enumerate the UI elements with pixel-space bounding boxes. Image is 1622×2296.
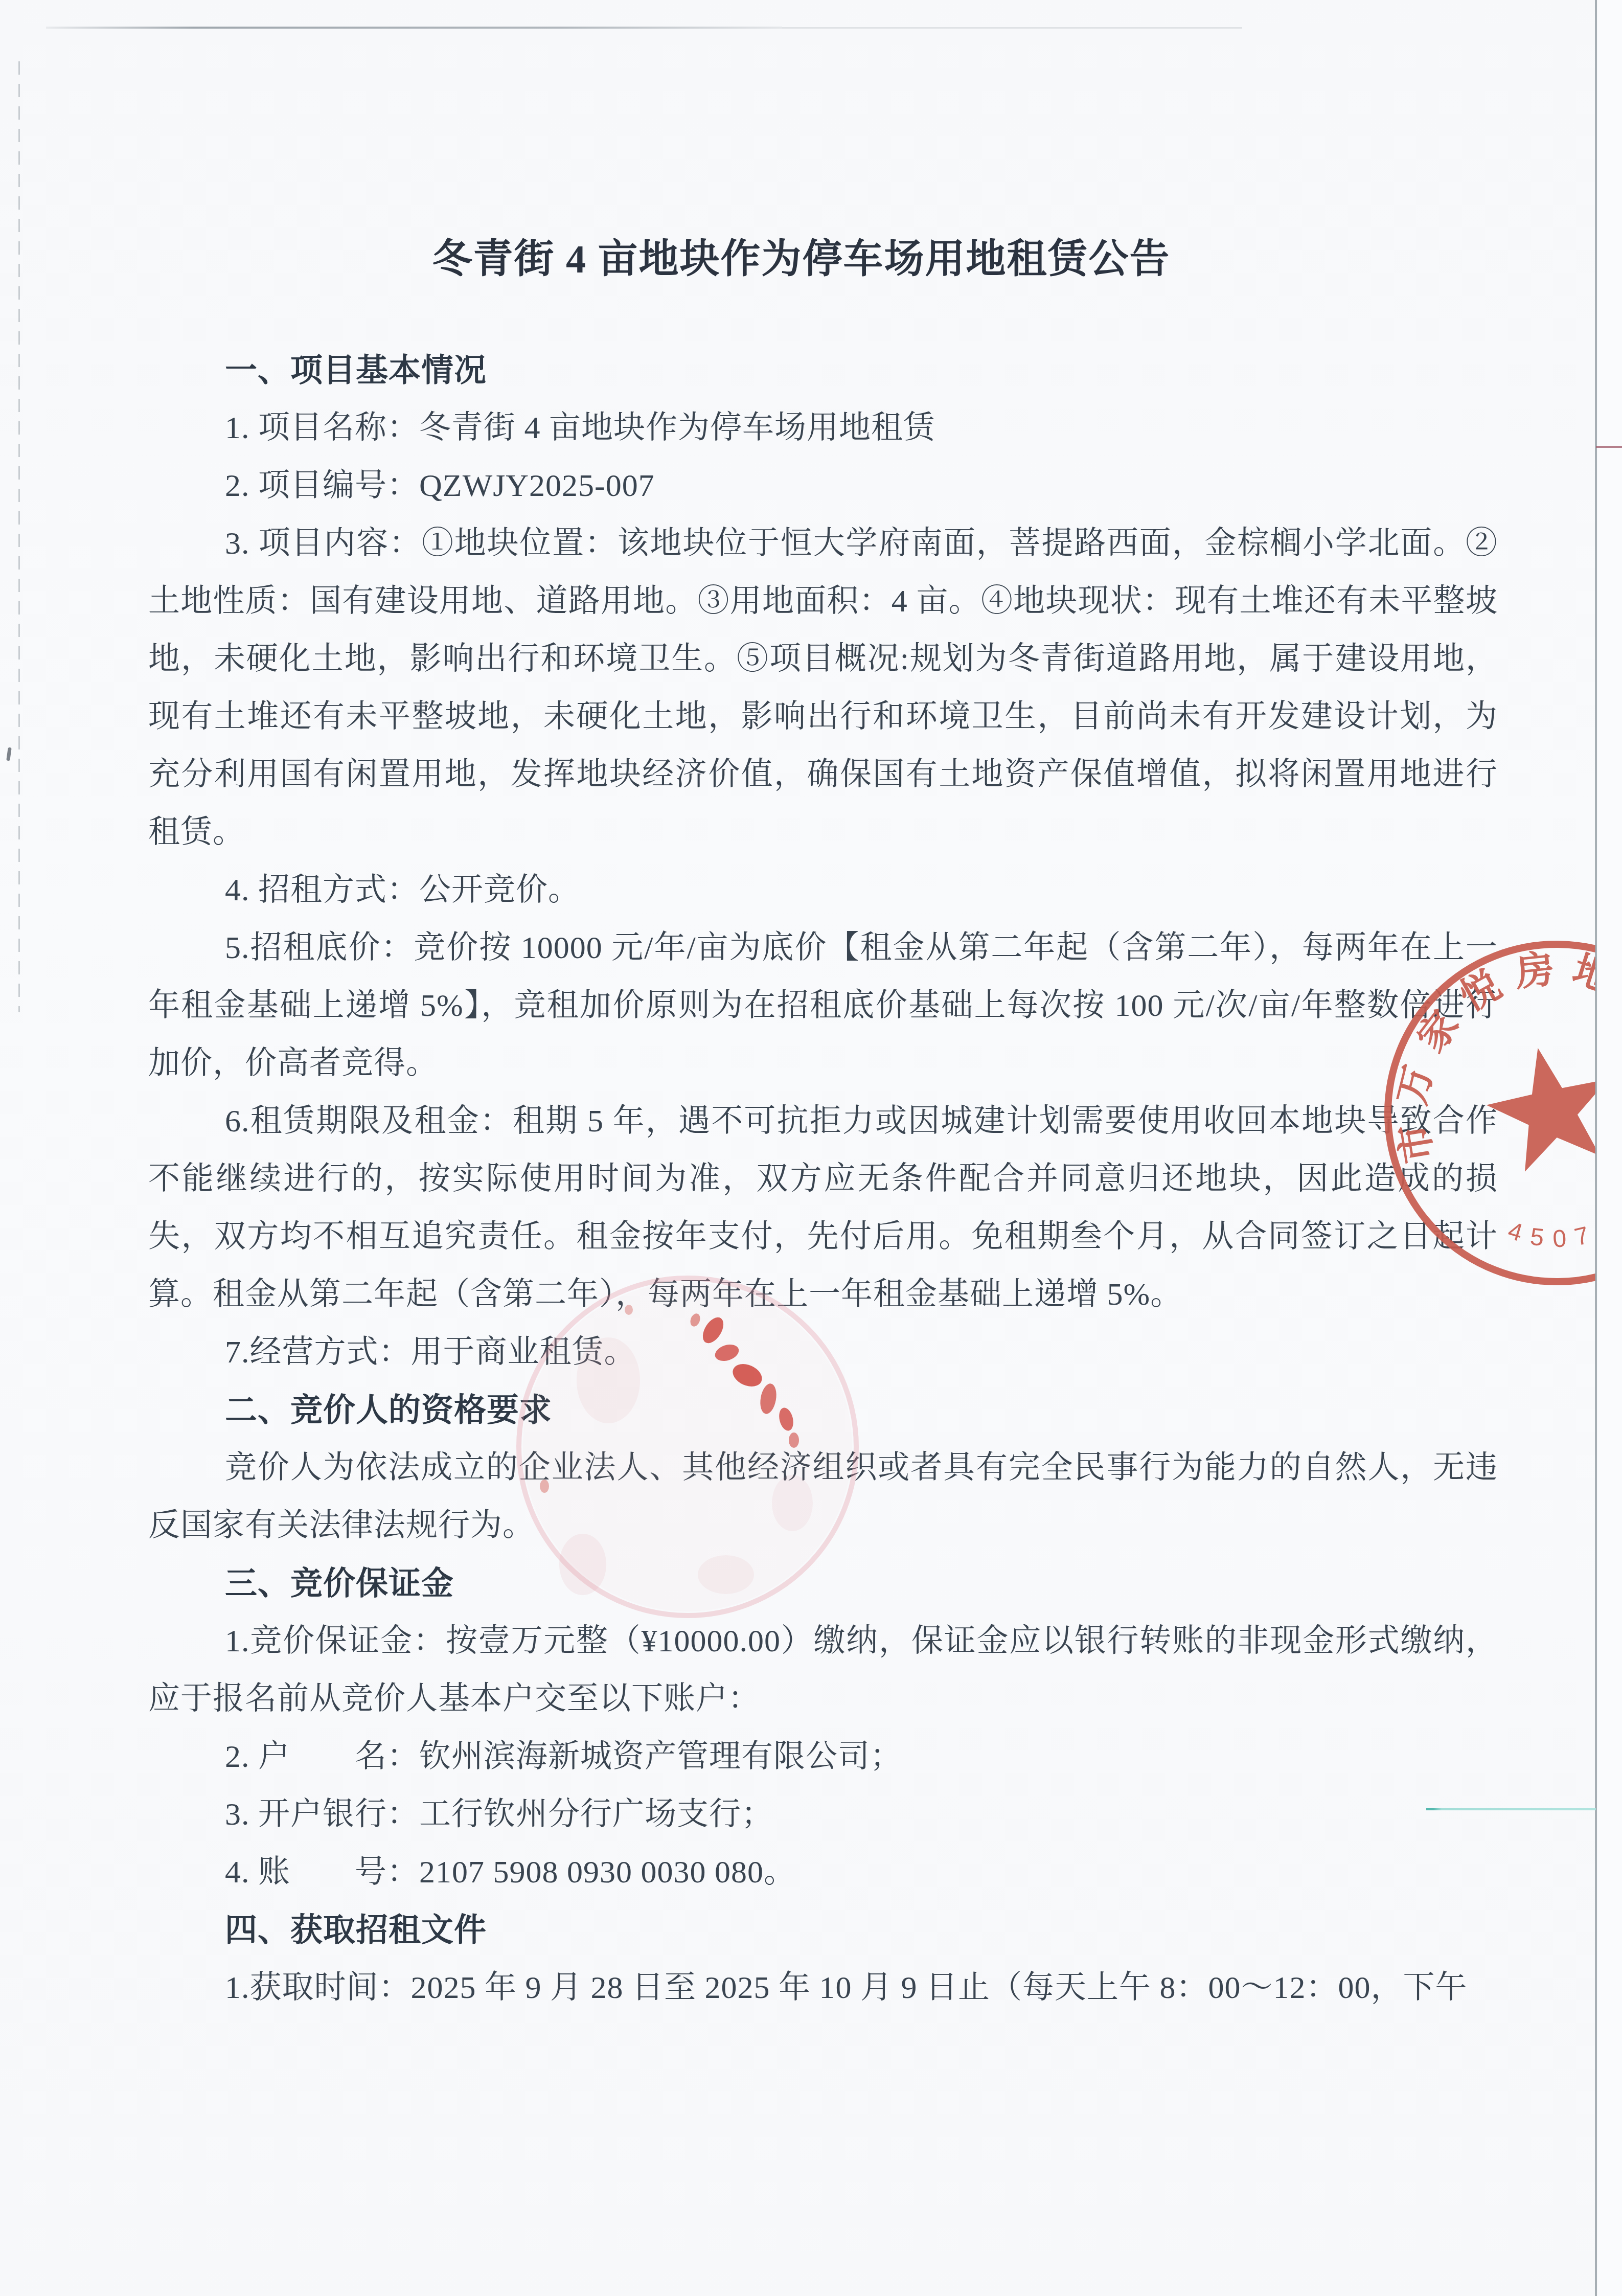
paragraph: 1. 项目名称：冬青街 4 亩地块作为停车场用地租赁 — [148, 399, 1498, 457]
section-heading: 三、竞价保证金 — [148, 1555, 1498, 1612]
section-heading: 二、竞价人的资格要求 — [148, 1381, 1498, 1439]
paragraph: 竞价人为依法成立的企业法人、其他经济组织或者具有完全民事行为能力的自然人，无违反… — [148, 1439, 1498, 1555]
scan-background-strip — [1598, 0, 1622, 2296]
document-body: 冬青街 4 亩地块作为停车场用地租赁公告 一、项目基本情况1. 项目名称：冬青街… — [148, 230, 1498, 2017]
paragraph: 1.竞价保证金：按壹万元整（¥10000.00）缴纳，保证金应以银行转账的非现金… — [148, 1612, 1498, 1728]
section-heading: 一、项目基本情况 — [148, 342, 1498, 399]
paragraph: 6.租赁期限及租金：租期 5 年，遇不可抗拒力或因城建计划需要使用收回本地块导致… — [148, 1093, 1498, 1324]
paragraph: 3. 开户银行：工行钦州分行广场支行； — [148, 1786, 1498, 1844]
top-scan-line — [46, 27, 782, 29]
paragraph: 3. 项目内容：①地块位置：该地块位于恒大学府南面，菩提路西面，金棕榈小学北面。… — [148, 515, 1498, 861]
section-heading: 四、获取招租文件 — [148, 1901, 1498, 1959]
page-title: 冬青街 4 亩地块作为停车场用地租赁公告 — [148, 230, 1498, 288]
left-scan-line — [18, 61, 20, 1012]
paragraph: 2. 户 名：钦州滨海新城资产管理有限公司； — [148, 1728, 1498, 1786]
paragraph: 4. 账 号：2107 5908 0930 0030 080。 — [148, 1844, 1498, 1901]
paragraph: 7.经营方式：用于商业租赁。 — [148, 1324, 1498, 1381]
paragraph: 4. 招租方式：公开竞价。 — [148, 861, 1498, 919]
paragraph: 5.招租底价：竞价按 10000 元/年/亩为底价【租金从第二年起（含第二年），… — [148, 919, 1498, 1093]
paragraph: 2. 项目编号：QZWJY2025-007 — [148, 457, 1498, 515]
scan-edge-line — [1595, 0, 1597, 2296]
top-scan-line-faint — [782, 27, 1242, 29]
document-sections: 一、项目基本情况1. 项目名称：冬青街 4 亩地块作为停车场用地租赁2. 项目编… — [148, 342, 1498, 2017]
paragraph: 1.获取时间：2025 年 9 月 28 日至 2025 年 10 月 9 日止… — [148, 1959, 1498, 2017]
red-scan-tick — [1596, 446, 1622, 448]
teal-scan-mark — [1426, 1808, 1596, 1810]
